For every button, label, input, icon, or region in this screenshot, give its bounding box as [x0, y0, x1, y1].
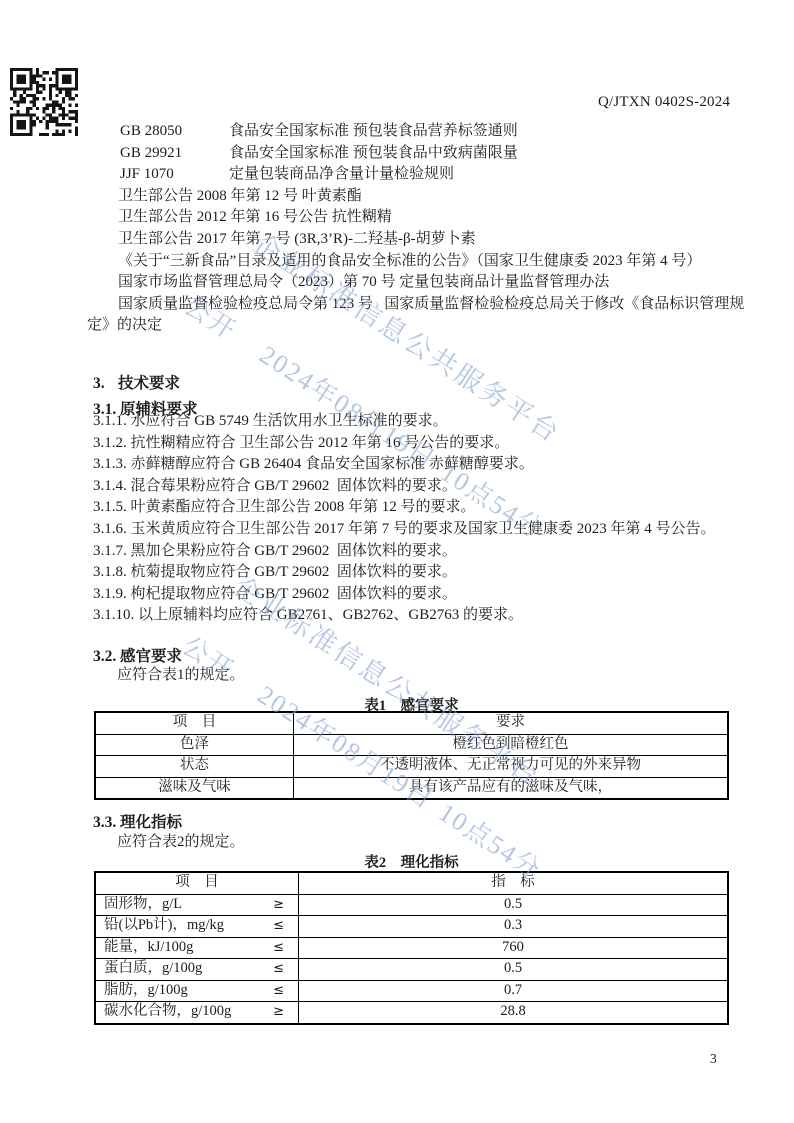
section-3-heading: 3.技术要求 — [93, 371, 180, 393]
comparison-symbol: ≤ — [273, 984, 284, 998]
value-cell: 0.5 — [299, 894, 729, 916]
qr-code — [10, 68, 78, 136]
section-title: 理化指标 — [120, 814, 182, 831]
section-title: 技术要求 — [118, 375, 180, 392]
item-name: 能量，kJ/100g — [104, 940, 193, 956]
column-header: 项 目 — [95, 712, 294, 734]
item-name: 固形物，g/L — [104, 897, 182, 913]
comparison-symbol: ≥ — [273, 1005, 284, 1019]
section-number: 3.3. — [93, 814, 120, 832]
list-item: 3.1.6. 玉米黄质应符合卫生部公告 2017 年第 7 号的要求及国家卫生健… — [93, 519, 753, 541]
comparison-symbol: ≥ — [273, 898, 284, 912]
list-item: 3.1.9. 枸杞提取物应符合 GB/T 29602 固体饮料的要求。 — [93, 584, 753, 606]
column-header: 项 目 — [95, 872, 299, 894]
page-number: 3 — [710, 1051, 717, 1067]
value-cell: 0.5 — [299, 959, 729, 981]
reference-code: GB 29921 — [120, 143, 229, 165]
list-item: 3.1.10. 以上原辅料均应符合 GB2761、GB2762、GB2763 的… — [93, 605, 753, 627]
column-header: 要求 — [294, 712, 729, 734]
comparison-symbol: ≤ — [273, 919, 284, 933]
reference-line: 定》的决定 — [87, 315, 753, 337]
table-row: 固形物，g/L≥ 0.5 — [95, 894, 728, 916]
reference-line: JJF 1070定量包装商品净含量计量检验规则 — [93, 164, 753, 186]
section-number: 3.2. — [93, 648, 120, 666]
reference-code: GB 28050 — [120, 121, 229, 143]
list-item: 3.1.7. 黑加仑果粉应符合 GB/T 29602 固体饮料的要求。 — [93, 541, 753, 563]
list-item: 3.1.2. 抗性糊精应符合 卫生部公告 2012 年第 16 号公告的要求。 — [93, 433, 753, 455]
item-name: 脂肪，g/100g — [104, 983, 188, 999]
list-item: 3.1.1. 水应符合 GB 5749 生活饮用水卫生标准的要求。 — [93, 411, 753, 433]
item-name: 蛋白质，g/100g — [104, 961, 202, 977]
sensory-requirements-table: 项 目 要求 色泽 橙红色到暗橙红色 状态 不透明液体、无正常视力可见的外来异物… — [94, 711, 729, 800]
table-header-row: 项 目 指 标 — [95, 872, 728, 894]
standard-code: Q/JTXN 0402S-2024 — [598, 94, 730, 111]
list-item: 3.1.8. 杭菊提取物应符合 GB/T 29602 固体饮料的要求。 — [93, 562, 753, 584]
comparison-symbol: ≤ — [273, 962, 284, 976]
reference-title: 食品安全国家标准 预包装食品营养标签通则 — [229, 123, 518, 139]
references-list: GB 28050食品安全国家标准 预包装食品营养标签通则 GB 29921食品安… — [93, 121, 753, 337]
table-row: 滋味及气味 具有该产品应有的滋味及气味， — [95, 777, 728, 799]
value-cell: 橙红色到暗橙红色 — [294, 734, 729, 756]
item-cell: 状态 — [95, 756, 294, 778]
table-row: 脂肪，g/100g≤ 0.7 — [95, 980, 728, 1002]
item-cell: 色泽 — [95, 734, 294, 756]
reference-line: 《关于“三新食品”目录及适用的食品安全标准的公告》（国家卫生健康委 2023 年… — [93, 251, 753, 273]
table-row: 能量，kJ/100g≤ 760 — [95, 937, 728, 959]
value-cell: 0.7 — [299, 980, 729, 1002]
item-name: 碳水化合物，g/100g — [104, 1004, 231, 1020]
reference-code: JJF 1070 — [120, 164, 229, 186]
value-cell: 760 — [299, 937, 729, 959]
reference-line: GB 29921食品安全国家标准 预包装食品中致病菌限量 — [93, 143, 753, 165]
list-item: 3.1.3. 赤藓糖醇应符合 GB 26404 食品安全国家标准 赤藓糖醇要求。 — [93, 454, 753, 476]
table-row: 蛋白质，g/100g≤ 0.5 — [95, 959, 728, 981]
table2-note: 应符合表2的规定。 — [117, 830, 245, 851]
reference-title: 食品安全国家标准 预包装食品中致病菌限量 — [229, 145, 518, 161]
requirements-list: 3.1.1. 水应符合 GB 5749 生活饮用水卫生标准的要求。 3.1.2.… — [93, 411, 753, 627]
table-header-row: 项 目 要求 — [95, 712, 728, 734]
value-cell: 0.3 — [299, 916, 729, 938]
physicochemical-index-table: 项 目 指 标 固形物，g/L≥ 0.5 铅(以Pb计)，mg/kg≤ 0.3 … — [94, 871, 729, 1025]
list-item: 3.1.5. 叶黄素酯应符合卫生部公告 2008 年第 12 号的要求。 — [93, 497, 753, 519]
list-item: 3.1.4. 混合莓果粉应符合 GB/T 29602 固体饮料的要求。 — [93, 476, 753, 498]
table-row: 状态 不透明液体、无正常视力可见的外来异物 — [95, 756, 728, 778]
reference-title: 定量包装商品净含量计量检验规则 — [229, 166, 454, 182]
table-row: 碳水化合物，g/100g≥ 28.8 — [95, 1002, 728, 1024]
section-3-3-heading: 3.3.理化指标 — [93, 810, 182, 832]
section-number: 3. — [93, 375, 118, 393]
reference-line: 国家质量监督检验检疫总局令第 123 号 国家质量监督检验检疫总局关于修改《食品… — [93, 294, 753, 316]
reference-line: GB 28050食品安全国家标准 预包装食品营养标签通则 — [93, 121, 753, 143]
value-cell: 28.8 — [299, 1002, 729, 1024]
table1-note: 应符合表1的规定。 — [117, 663, 245, 684]
reference-line: 卫生部公告 2017 年第 7 号 (3R,3’R)-二羟基-β-胡萝卜素 — [93, 229, 753, 251]
column-header: 指 标 — [299, 872, 729, 894]
value-cell: 具有该产品应有的滋味及气味， — [294, 777, 729, 799]
comparison-symbol: ≤ — [273, 941, 284, 955]
reference-line: 卫生部公告 2012 年第 16 号公告 抗性糊精 — [93, 207, 753, 229]
table-row: 色泽 橙红色到暗橙红色 — [95, 734, 728, 756]
item-name: 铅(以Pb计)，mg/kg — [104, 918, 224, 934]
document-page: Q/JTXN 0402S-2024 GB 28050食品安全国家标准 预包装食品… — [0, 0, 794, 1123]
reference-line: 国家市场监督管理总局令（2023）第 70 号 定量包装商品计量监督管理办法 — [93, 272, 753, 294]
value-cell: 不透明液体、无正常视力可见的外来异物 — [294, 756, 729, 778]
table2-caption: 表2 理化指标 — [94, 851, 729, 872]
reference-line: 卫生部公告 2008 年第 12 号 叶黄素酯 — [93, 186, 753, 208]
item-cell: 滋味及气味 — [95, 777, 294, 799]
table-row: 铅(以Pb计)，mg/kg≤ 0.3 — [95, 916, 728, 938]
